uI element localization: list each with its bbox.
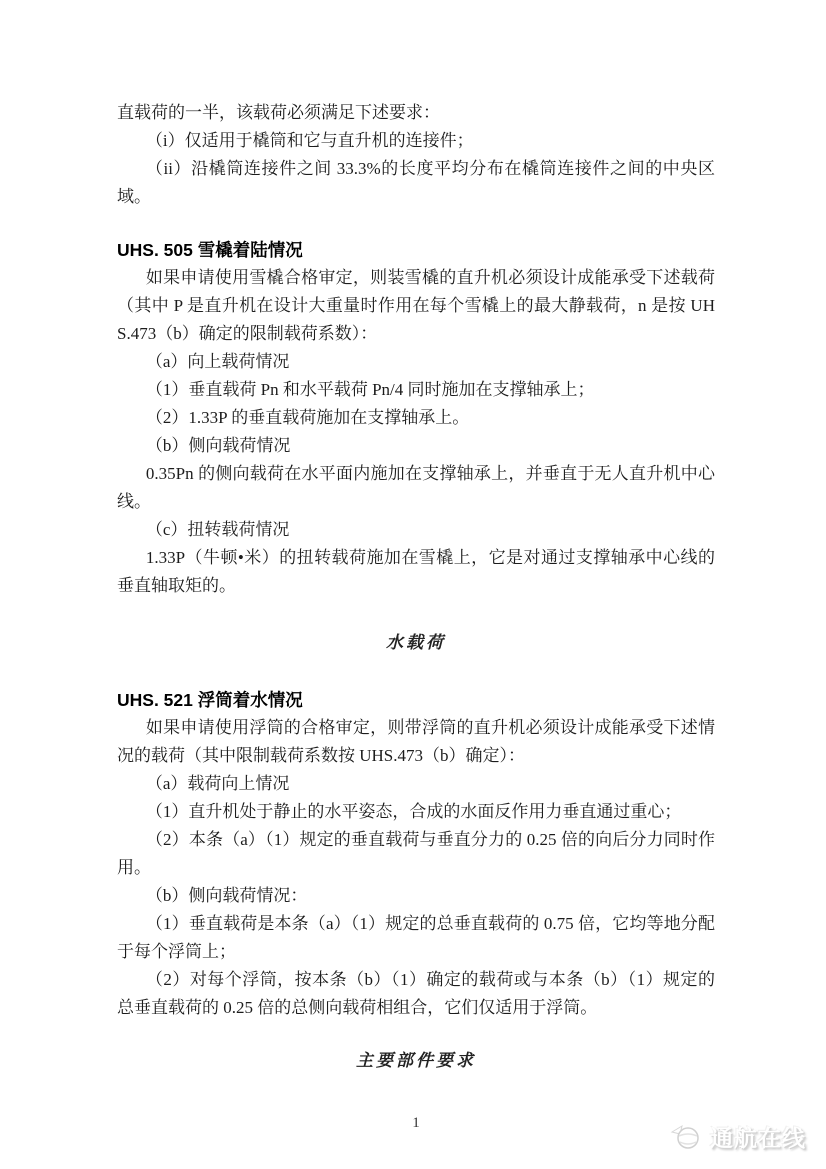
major-components-heading: 主要部件要求 [117, 1047, 715, 1075]
uhs505-intro-paragraph: 如果申请使用雪橇合格审定，则装雪橇的直升机必须设计成能承受下述载荷（其中 P 是… [117, 264, 715, 348]
section-heading-uhs521: UHS. 521 浮筒着水情况 [117, 686, 715, 714]
uhs521-item-a2: （2）本条（a）（1）规定的垂直载荷与垂直分力的 0.25 倍的向后分力同时作用… [117, 826, 715, 882]
uhs505-item-a1: （1）垂直载荷 Pn 和水平载荷 Pn/4 同时施加在支撑轴承上； [117, 376, 715, 404]
uhs505-item-c: （c）扭转载荷情况 [117, 516, 715, 544]
intro-item-ii: （ii）沿橇筒连接件之间 33.3%的长度平均分布在橇筒连接件之间的中央区域。 [117, 155, 715, 211]
uhs521-item-b: （b）侧向载荷情况： [117, 882, 715, 910]
uhs505-item-a: （a）向上载荷情况 [117, 348, 715, 376]
page-body: 直载荷的一半，该载荷必须满足下述要求： （i）仅适用于橇筒和它与直升机的连接件；… [117, 99, 715, 1137]
intro-continuation-line: 直载荷的一半，该载荷必须满足下述要求： [117, 99, 715, 127]
uhs521-item-b2: （2）对每个浮筒，按本条（b）（1）确定的载荷或与本条（b）（1）规定的总垂直载… [117, 966, 715, 1022]
uhs521-item-a: （a）载荷向上情况 [117, 770, 715, 798]
document-page: { "document": { "intro": { "continuation… [0, 0, 826, 1169]
uhs521-item-a1: （1）直升机处于静止的水平姿态，合成的水面反作用力垂直通过重心； [117, 798, 715, 826]
uhs521-item-b1: （1）垂直载荷是本条（a）（1）规定的总垂直载荷的 0.75 倍，它均等地分配于… [117, 910, 715, 966]
uhs505-item-b: （b）侧向载荷情况 [117, 432, 715, 460]
page-number: 1 [117, 1109, 715, 1137]
watermark: 通航在线 [669, 1120, 806, 1153]
uhs505-paragraph-c: 1.33P（牛顿•米）的扭转载荷施加在雪橇上，它是对通过支撑轴承中心线的垂直轴取… [117, 544, 715, 600]
paper-plane-globe-icon [669, 1122, 703, 1152]
uhs505-paragraph-b: 0.35Pn 的侧向载荷在水平面内施加在支撑轴承上，并垂直于无人直升机中心线。 [117, 460, 715, 516]
intro-item-i: （i）仅适用于橇筒和它与直升机的连接件； [117, 127, 715, 155]
uhs505-item-a2: （2）1.33P 的垂直载荷施加在支撑轴承上。 [117, 404, 715, 432]
water-loads-heading: 水载荷 [117, 629, 715, 657]
watermark-text: 通航在线 [710, 1120, 806, 1153]
uhs521-intro-paragraph: 如果申请使用浮筒的合格审定，则带浮筒的直升机必须设计成能承受下述情况的载荷（其中… [117, 714, 715, 770]
section-heading-uhs505: UHS. 505 雪橇着陆情况 [117, 236, 715, 264]
